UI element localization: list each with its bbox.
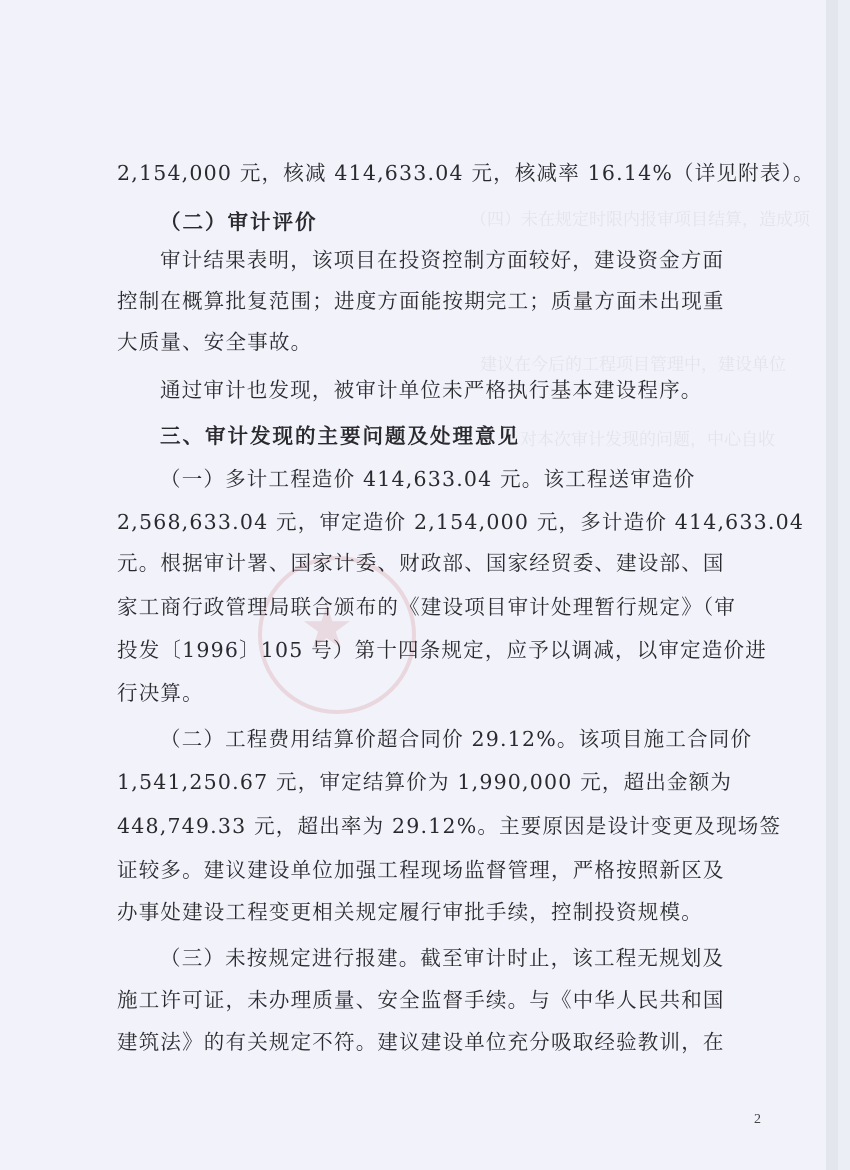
paragraph-line: 家工商行政管理局联合颁布的《建设项目审计处理暂行规定》（审 [117,590,736,620]
paragraph-line: 元。根据审计署、国家计委、财政部、国家经贸委、建设部、国 [117,546,725,576]
paragraph-line: 投发〔1996〕105 号）第十四条规定，应予以调减，以审定造价进 [117,633,767,663]
paragraph-line: （一）多计工程造价 414,633.04 元。该工程送审造价 [160,462,695,492]
paragraph-line: 大质量、安全事故。 [117,325,312,355]
paragraph-line: （三）未按规定进行报建。截至审计时止，该工程无规划及 [160,941,724,971]
paragraph-line: 1,541,250.67 元，审定结算价为 1,990,000 元，超出金额为 [117,765,732,795]
paragraph-line: 行决算。 [117,676,204,706]
paragraph-line: 施工许可证，未办理质量、安全监督手续。与《中华人民共和国 [117,983,725,1013]
section-heading: 三、审计发现的主要问题及处理意见 [160,419,520,449]
paragraph-line: 证较多。建议建设单位加强工程现场监督管理，严格按照新区及 [117,853,725,883]
document-page: （四）未在规定时限内报审项目结算，造成项 建议在今后的工程项目管理中，建设单位 … [0,0,838,1170]
paragraph-line: 控制在概算批复范围；进度方面能按期完工；质量方面未出现重 [117,284,725,314]
paragraph-line: 2,154,000 元，核减 414,633.04 元，核减率 16.14%（详… [117,156,815,186]
paragraph-line: 办事处建设工程变更相关规定履行审批手续，控制投资规模。 [117,895,703,925]
page-number: 2 [754,1112,761,1128]
page-edge-shadow [826,0,838,1170]
bleed-through-text: 建议在今后的工程项目管理中，建设单位 [480,350,786,375]
paragraph-line: 2,568,633.04 元，审定造价 2,154,000 元，多计造价 414… [117,505,804,535]
paragraph-line: 通过审计也发现，被审计单位未严格执行基本建设程序。 [160,373,703,403]
bleed-through-text: （四）未在规定时限内报审项目结算，造成项 [470,205,810,230]
paragraph-line: 建筑法》的有关规定不符。建议建设单位充分吸取经验教训，在 [117,1025,725,1055]
paragraph-line: 审计结果表明，该项目在投资控制方面较好，建设资金方面 [160,243,724,273]
section-heading: （二）审计评价 [160,205,318,235]
paragraph-line: 448,749.33 元，超出率为 29.12%。主要原因是设计变更及现场签 [117,809,781,839]
bleed-through-text: 对本次审计发现的问题，中心自收 [520,425,775,450]
paragraph-line: （二）工程费用结算价超合同价 29.12%。该项目施工合同价 [160,722,752,752]
